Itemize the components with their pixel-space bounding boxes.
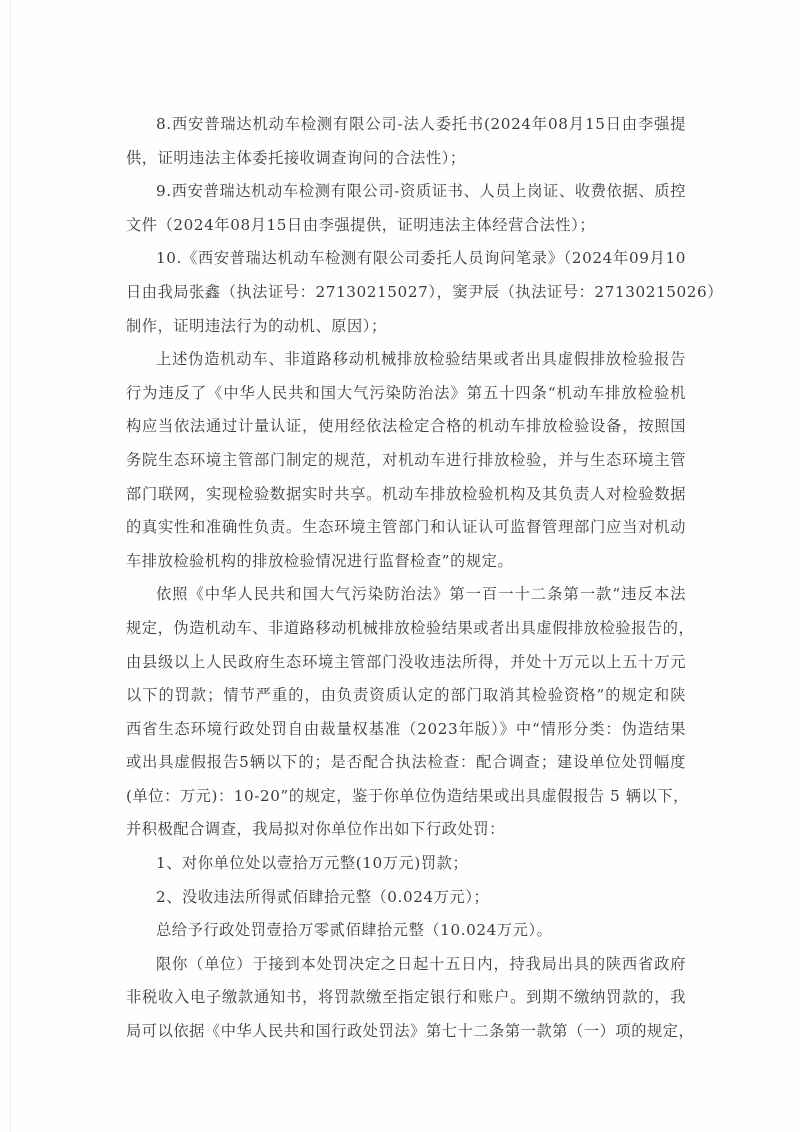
text-line: 并积极配合调查，我局拟对你单位作出如下行政处罚： xyxy=(126,813,686,847)
document-page: 8.西安普瑞达机动车检测有限公司-法人委托书(2024年08月15日由李强提 供… xyxy=(0,0,800,1132)
paragraph-payment-deadline: 限你（单位）于接到本处罚决定之日起十五日内，持我局出具的陕西省政府 非税收入电子… xyxy=(126,948,686,1049)
scan-edge-line xyxy=(10,0,11,1132)
text-line: 非税收入电子缴款通知书，将罚款缴至指定银行和账户。到期不缴纳罚款的，我 xyxy=(126,981,686,1015)
text-line: 的真实性和准确性负责。生态环境主管部门和认证认可监督管理部门应当对机动 xyxy=(126,511,686,545)
text-line: 车排放检验机构的排放检验情况进行监督检查”的规定。 xyxy=(126,545,686,579)
text-line: 规定，伪造机动车、非道路移动机械排放检验结果或者出具虚假排放检验报告的， xyxy=(126,612,686,646)
text-line: 9.西安普瑞达机动车检测有限公司-资质证书、人员上岗证、收费依据、质控 xyxy=(126,175,686,209)
penalty-total: 总给予行政处罚壹拾万零贰佰肆拾元整（10.024万元）。 xyxy=(126,914,686,948)
text-line: 限你（单位）于接到本处罚决定之日起十五日内，持我局出具的陕西省政府 xyxy=(126,948,686,982)
text-line: (单位：万元)：10-20”的规定，鉴于你单位伪造结果或出具虚假报告 5 辆以下… xyxy=(126,780,686,814)
text-line: 以下的罚款；情节严重的，由负责资质认定的部门取消其检验资格”的规定和陕 xyxy=(126,679,686,713)
text-line: 上述伪造机动车、非道路移动机械排放检验结果或者出具虚假排放检验报告 xyxy=(126,343,686,377)
text-line: 或出具虚假报告5辆以下的；是否配合执法检查：配合调查；建设单位处罚幅度 xyxy=(126,746,686,780)
text-line: 务院生态环境主管部门制定的规范，对机动车进行排放检验，并与生态环境主管 xyxy=(126,444,686,478)
text-line: 由县级以上人民政府生态环境主管部门没收违法所得，并处十万元以上五十万元 xyxy=(126,646,686,680)
penalty-item-confiscation: 2、没收违法所得贰佰肆拾元整（0.024万元）； xyxy=(126,881,686,915)
text-line: 构应当依法通过计量认证，使用经依法检定合格的机动车排放检验设备，按照国 xyxy=(126,410,686,444)
text-line: 行为违反了《中华人民共和国大气污染防治法》第五十四条“机动车排放检验机 xyxy=(126,377,686,411)
paragraph-legal-basis: 依照《中华人民共和国大气污染防治法》第一百一十二条第一款“违反本法 规定，伪造机… xyxy=(126,578,686,847)
paragraph-evidence-8: 8.西安普瑞达机动车检测有限公司-法人委托书(2024年08月15日由李强提 供… xyxy=(126,108,686,175)
penalty-item-fine: 1、对你单位处以壹拾万元整(10万元)罚款； xyxy=(126,847,686,881)
text-line: 10.《西安普瑞达机动车检测有限公司委托人员询问笔录》（2024年09月10 xyxy=(126,242,686,276)
text-line: 供，证明违法主体委托接收调查询问的合法性）； xyxy=(126,142,686,176)
text-line: 依照《中华人民共和国大气污染防治法》第一百一十二条第一款“违反本法 xyxy=(126,578,686,612)
text-line: 部门联网，实现检验数据实时共享。机动车排放检验机构及其负责人对检验数据 xyxy=(126,478,686,512)
text-line: 局可以依据《中华人民共和国行政处罚法》第七十二条第一款第（一）项的规定， xyxy=(126,1015,686,1049)
paragraph-violation-statement: 上述伪造机动车、非道路移动机械排放检验结果或者出具虚假排放检验报告 行为违反了《… xyxy=(126,343,686,578)
text-line: 西省生态环境行政处罚自由裁量权基准（2023年版）》中“情形分类：伪造结果 xyxy=(126,713,686,747)
text-line: 文件（2024年08月15日由李强提供，证明违法主体经营合法性）； xyxy=(126,209,686,243)
document-body: 8.西安普瑞达机动车检测有限公司-法人委托书(2024年08月15日由李强提 供… xyxy=(126,108,686,1049)
paragraph-evidence-10: 10.《西安普瑞达机动车检测有限公司委托人员询问笔录》（2024年09月10 日… xyxy=(126,242,686,343)
text-line: 日由我局张鑫（执法证号：27130215027），窦尹辰（执法证号：271302… xyxy=(126,276,686,310)
text-line: 8.西安普瑞达机动车检测有限公司-法人委托书(2024年08月15日由李强提 xyxy=(126,108,686,142)
paragraph-evidence-9: 9.西安普瑞达机动车检测有限公司-资质证书、人员上岗证、收费依据、质控 文件（2… xyxy=(126,175,686,242)
text-line: 制作，证明违法行为的动机、原因）； xyxy=(126,310,686,344)
